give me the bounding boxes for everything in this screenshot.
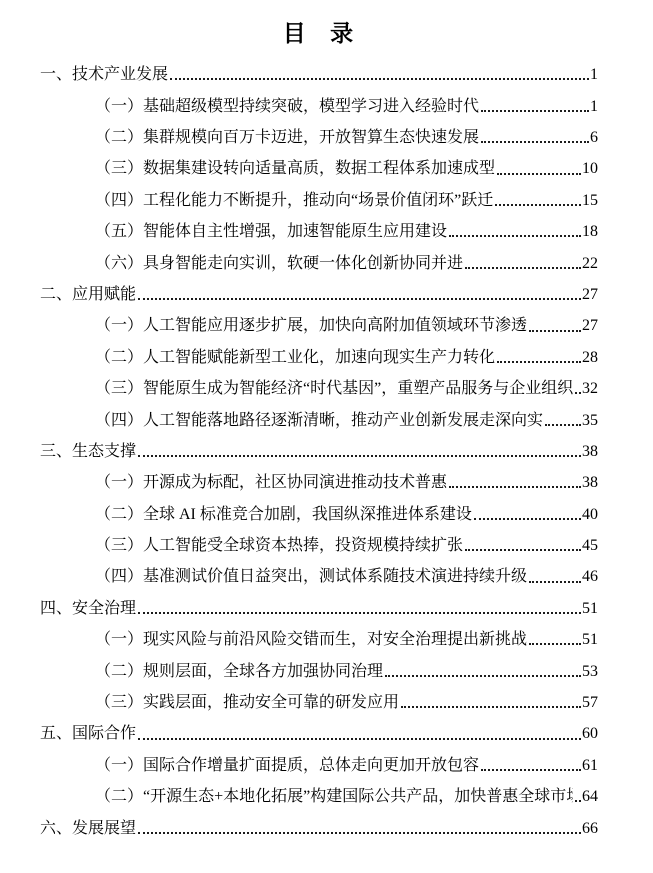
toc-entry: （一）国际合作增量扩面提质，总体走向更加开放包容 61 — [40, 744, 598, 775]
toc-entry-page: 61 — [582, 756, 598, 775]
dot-leader — [449, 235, 581, 237]
dot-leader — [465, 267, 581, 269]
toc-entry-text: （一）开源成为标配，社区协同演进推动技术普惠 — [95, 473, 447, 492]
toc-entry-page: 38 — [582, 442, 598, 461]
dot-leader — [138, 298, 581, 300]
dot-leader — [474, 518, 581, 520]
toc-entry-text: （三）人工智能受全球资本热捧，投资规模持续扩张 — [95, 536, 463, 555]
toc-entry-page: 66 — [582, 819, 598, 838]
toc-entry-text: 二、应用赋能 — [40, 285, 136, 304]
toc-entry: （四）人工智能落地路径逐渐清晰，推动产业创新发展走深向实 35 — [40, 398, 598, 429]
toc-entry: （二）“开源生态+本地化拓展”构建国际公共产品，加快普惠全球市场 64 — [40, 775, 598, 806]
toc-entry: （二）全球 AI 标准竞合加剧，我国纵深推进体系建设 40 — [40, 492, 598, 523]
toc-entry-page: 40 — [582, 505, 598, 524]
dot-leader — [138, 612, 581, 614]
dot-leader — [529, 330, 581, 332]
toc-entry: 三、生态支撑 38 — [40, 430, 598, 461]
toc-entry-text: （四）工程化能力不断提升，推动向“场景价值闭环”跃迁 — [95, 191, 493, 210]
toc-entry: （二）人工智能赋能新型工业化，加速向现实生产力转化 28 — [40, 336, 598, 367]
dot-leader — [138, 455, 581, 457]
toc-entry-page: 28 — [582, 348, 598, 367]
toc-entry: （五）智能体自主性增强，加速智能原生应用建设 18 — [40, 210, 598, 241]
toc-entry-text: （四）人工智能落地路径逐渐清晰，推动产业创新发展走深向实 — [95, 411, 543, 430]
dot-leader — [497, 173, 581, 175]
dot-leader — [481, 769, 581, 771]
toc-entry-text: （一）国际合作增量扩面提质，总体走向更加开放包容 — [95, 756, 479, 775]
toc-entry-text: 四、安全治理 — [40, 599, 136, 618]
toc-entry-text: （二）规则层面，全球各方加强协同治理 — [95, 662, 383, 681]
toc-entry: （一）人工智能应用逐步扩展，加快向高附加值领域环节渗透 27 — [40, 304, 598, 335]
toc-entry-text: （一）现实风险与前沿风险交错而生，对安全治理提出新挑战 — [95, 630, 527, 649]
toc-entry-page: 51 — [582, 630, 598, 649]
toc-entry-text: （五）智能体自主性增强，加速智能原生应用建设 — [95, 222, 447, 241]
toc-entry-page: 6 — [590, 128, 598, 147]
toc-entry-page: 35 — [582, 411, 598, 430]
dot-leader — [138, 738, 581, 740]
toc-entry-text: 六、发展展望 — [40, 819, 136, 838]
dot-leader — [465, 549, 581, 551]
toc-entry: （六）具身智能走向实训，软硬一体化创新协同并进 22 — [40, 241, 598, 272]
toc-entry-text: （一）人工智能应用逐步扩展，加快向高附加值领域环节渗透 — [95, 316, 527, 335]
toc-entry: 四、安全治理 51 — [40, 587, 598, 618]
toc-entry-page: 45 — [582, 536, 598, 555]
dot-leader — [385, 675, 581, 677]
toc-entry-page: 18 — [582, 222, 598, 241]
dot-leader — [545, 424, 581, 426]
toc-entry-page: 64 — [582, 787, 598, 806]
toc-entry: 五、国际合作 60 — [40, 712, 598, 743]
toc-page: 目 录 一、技术产业发展 1 （一）基础超级模型持续突破，模型学习进入经验时代 … — [0, 0, 653, 873]
toc-entry: 六、发展展望 66 — [40, 806, 598, 837]
dot-leader — [495, 204, 581, 206]
toc-entry: 一、技术产业发展 1 — [40, 53, 598, 84]
dot-leader — [481, 141, 589, 143]
toc-entry-text: （二）集群规模向百万卡迈进，开放智算生态快速发展 — [95, 128, 479, 147]
toc-entry-page: 46 — [582, 567, 598, 586]
toc-entry-page: 15 — [582, 191, 598, 210]
dot-leader — [481, 110, 589, 112]
toc-entry: （四）工程化能力不断提升，推动向“场景价值闭环”跃迁 15 — [40, 179, 598, 210]
toc-entry: 二、应用赋能 27 — [40, 273, 598, 304]
toc-entry: （二）规则层面，全球各方加强协同治理 53 — [40, 649, 598, 680]
toc-list: 一、技术产业发展 1 （一）基础超级模型持续突破，模型学习进入经验时代 1 （二… — [40, 53, 598, 838]
toc-entry: （三）人工智能受全球资本热捧，投资规模持续扩张 45 — [40, 524, 598, 555]
dot-leader — [138, 832, 581, 834]
toc-entry-page: 10 — [582, 159, 598, 178]
toc-entry-page: 60 — [582, 724, 598, 743]
toc-entry-text: 五、国际合作 — [40, 724, 136, 743]
toc-entry-text: （一）基础超级模型持续突破，模型学习进入经验时代 — [95, 97, 479, 116]
dot-leader — [529, 643, 581, 645]
toc-entry: （三）数据集建设转向适量高质，数据工程体系加速成型 10 — [40, 147, 598, 178]
toc-entry-page: 51 — [582, 599, 598, 618]
toc-entry-text: （三）数据集建设转向适量高质，数据工程体系加速成型 — [95, 159, 495, 178]
toc-entry: （一）开源成为标配，社区协同演进推动技术普惠 38 — [40, 461, 598, 492]
toc-entry-text: （三）实践层面，推动安全可靠的研发应用 — [95, 693, 399, 712]
dot-leader — [401, 706, 581, 708]
toc-entry-page: 1 — [590, 97, 598, 116]
toc-entry-page: 1 — [590, 65, 598, 84]
dot-leader — [575, 392, 581, 394]
toc-entry: （一）基础超级模型持续突破，模型学习进入经验时代 1 — [40, 84, 598, 115]
toc-entry: （一）现实风险与前沿风险交错而生，对安全治理提出新挑战 51 — [40, 618, 598, 649]
toc-entry-page: 27 — [582, 316, 598, 335]
page-title: 目 录 — [40, 20, 598, 47]
toc-entry: （三）实践层面，推动安全可靠的研发应用 57 — [40, 681, 598, 712]
dot-leader — [497, 361, 581, 363]
toc-entry-text: （六）具身智能走向实训，软硬一体化创新协同并进 — [95, 254, 463, 273]
toc-entry-page: 27 — [582, 285, 598, 304]
toc-entry-page: 38 — [582, 473, 598, 492]
toc-entry: （三）智能原生成为智能经济“时代基因”，重塑产品服务与企业组织模式 32 — [40, 367, 598, 398]
toc-entry-text: 一、技术产业发展 — [40, 65, 168, 84]
toc-entry-text: （二）全球 AI 标准竞合加剧，我国纵深推进体系建设 — [95, 505, 472, 524]
toc-entry-text: （四）基准测试价值日益突出，测试体系随技术演进持续升级 — [95, 567, 527, 586]
toc-entry: （四）基准测试价值日益突出，测试体系随技术演进持续升级 46 — [40, 555, 598, 586]
toc-entry-text: （三）智能原生成为智能经济“时代基因”，重塑产品服务与企业组织模式 — [95, 379, 573, 398]
dot-leader — [529, 581, 581, 583]
toc-entry-text: （二）人工智能赋能新型工业化，加速向现实生产力转化 — [95, 348, 495, 367]
toc-entry-page: 57 — [582, 693, 598, 712]
toc-entry: （二）集群规模向百万卡迈进，开放智算生态快速发展 6 — [40, 116, 598, 147]
toc-entry-page: 22 — [582, 254, 598, 273]
dot-leader — [449, 486, 581, 488]
dot-leader — [170, 78, 589, 80]
toc-entry-page: 32 — [582, 379, 598, 398]
toc-entry-page: 53 — [582, 662, 598, 681]
toc-entry-text: （二）“开源生态+本地化拓展”构建国际公共产品，加快普惠全球市场 — [95, 787, 573, 806]
dot-leader — [575, 800, 581, 802]
toc-entry-text: 三、生态支撑 — [40, 442, 136, 461]
